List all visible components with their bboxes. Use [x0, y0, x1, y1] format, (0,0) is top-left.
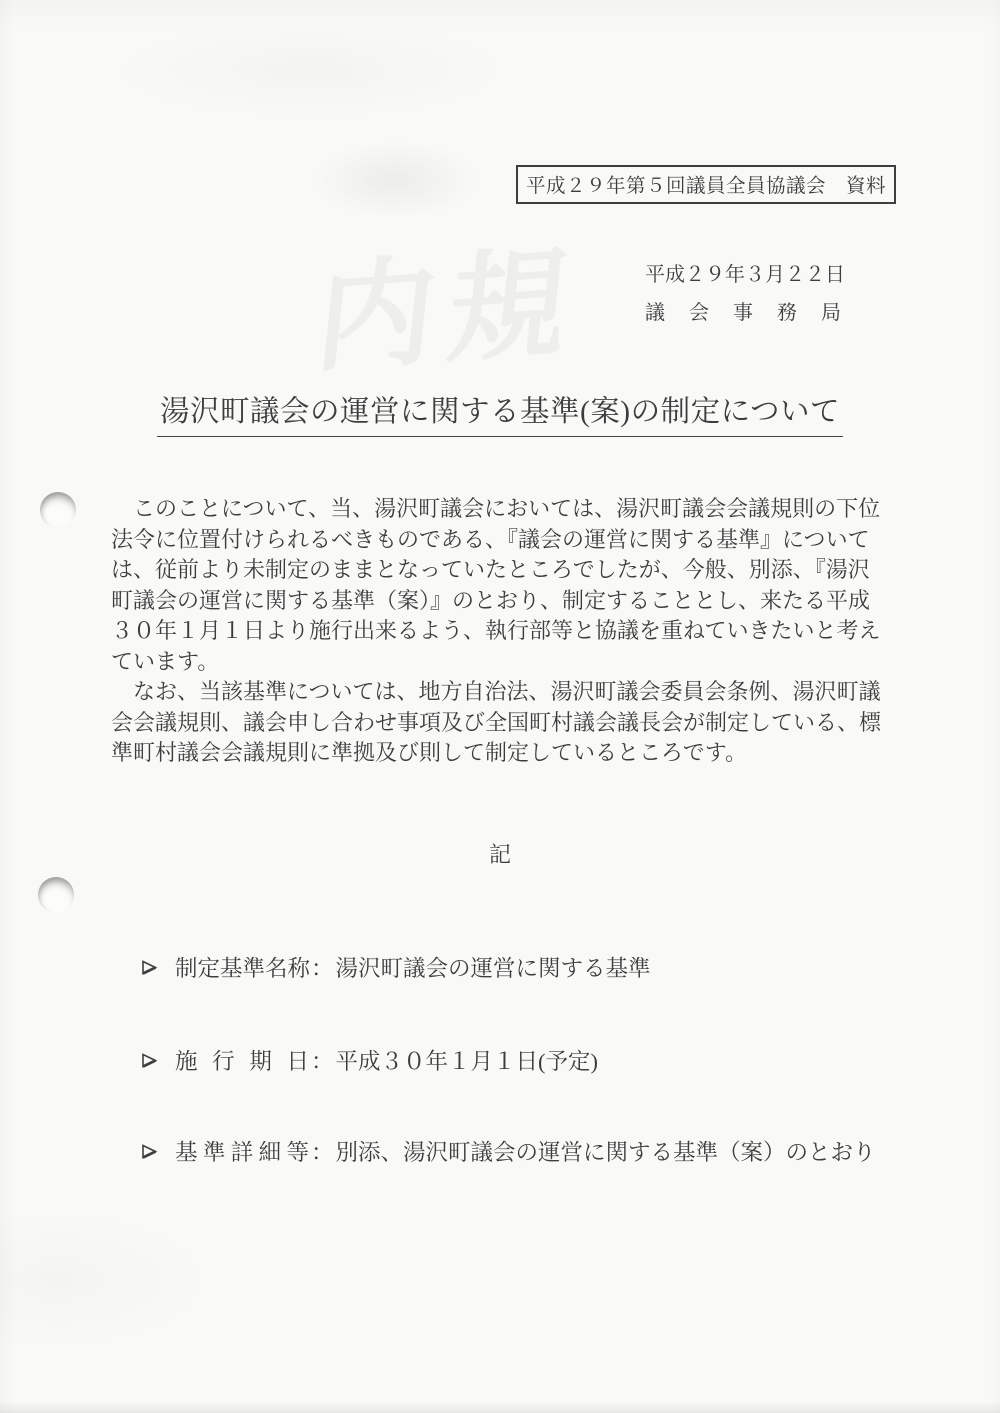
ki-section-heading: 記: [0, 838, 1000, 869]
item-value: 湯沢町議会の運営に関する基準: [336, 951, 651, 983]
body-line: 会会議規則、議会申し合わせ事項及び全国町村議会議長会が制定している、標: [111, 708, 901, 739]
item-separator: ：: [311, 1135, 334, 1167]
body-line: 法令に位置付けられるべきものである、『議会の運営に関する基準』について: [111, 525, 901, 556]
arrowhead-bullet-icon: [141, 1143, 158, 1160]
list-item: 施行期日 ： 平成３０年１月１日(予定): [141, 1044, 598, 1076]
item-label: 基準詳細等: [175, 1135, 309, 1167]
body-line: このことについて、当、湯沢町議会においては、湯沢町議会会議規則の下位: [111, 494, 901, 525]
issuance-block: 平成２９年３月２２日 議会事務局: [645, 258, 841, 325]
arrowhead-bullet-icon: [141, 959, 158, 976]
body-line: 町議会の運営に関する基準（案）』のとおり、制定することとし、来たる平成: [111, 586, 901, 617]
body-paragraphs: このことについて、当、湯沢町議会においては、湯沢町議会会議規則の下位 法令に位置…: [111, 494, 901, 769]
item-separator: ：: [311, 951, 334, 983]
body-line: なお、当該基準については、地方自治法、湯沢町議会委員会条例、湯沢町議: [111, 677, 901, 708]
list-item: 制定基準名称 ： 湯沢町議会の運営に関する基準: [141, 951, 651, 983]
item-label: 制定基準名称: [175, 951, 309, 983]
list-item: 基準詳細等 ： 別添、湯沢町議会の運営に関する基準（案）のとおり: [141, 1135, 876, 1167]
body-line: は、従前より未制定のままとなっていたところでしたが、今般、別添、『湯沢: [111, 555, 901, 586]
arrowhead-bullet-icon: [141, 1052, 158, 1069]
title-row: 湯沢町議会の運営に関する基準(案)の制定について: [0, 388, 1000, 437]
meeting-reference-box: 平成２９年第５回議員全員協議会 資料: [516, 165, 896, 204]
punch-hole-top: [40, 492, 76, 528]
body-line: ています。: [111, 647, 901, 678]
item-label: 施行期日: [175, 1044, 309, 1076]
body-line: 準町村議会会議規則に準拠及び則して制定しているところです。: [111, 738, 901, 769]
bleedthrough-stamp-watermark: 内規: [309, 205, 590, 395]
issuing-office: 議会事務局: [645, 296, 841, 325]
body-line: ３０年１月１日より施行出来るよう、執行部等と協議を重ねていきたいと考え: [111, 616, 901, 647]
item-value: 平成３０年１月１日(予定): [336, 1044, 599, 1076]
punch-hole-bottom: [38, 877, 74, 913]
item-value: 別添、湯沢町議会の運営に関する基準（案）のとおり: [336, 1135, 876, 1167]
document-title: 湯沢町議会の運営に関する基準(案)の制定について: [157, 388, 843, 437]
issue-date: 平成２９年３月２２日: [645, 258, 841, 287]
scanned-document-page: 内規 平成２９年第５回議員全員協議会 資料 平成２９年３月２２日 議会事務局 湯…: [0, 0, 1000, 1413]
item-separator: ：: [311, 1044, 334, 1076]
